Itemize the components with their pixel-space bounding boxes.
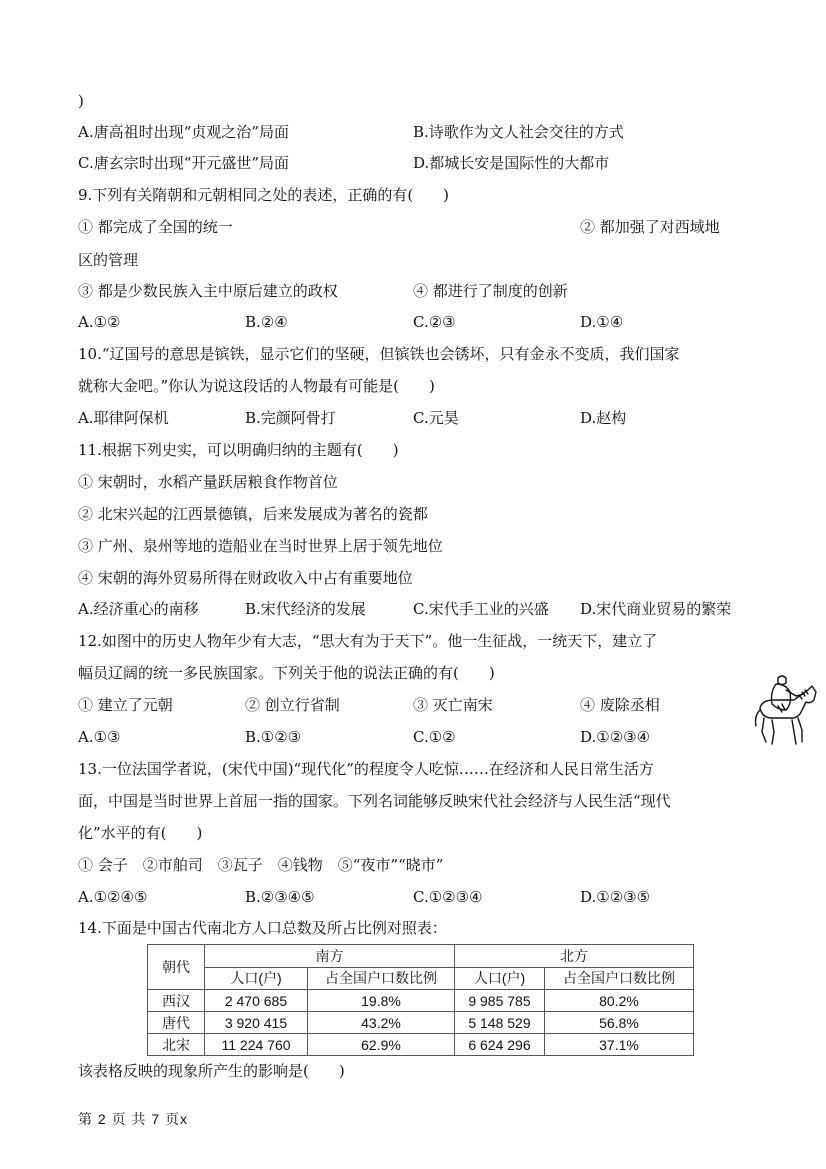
era-cell: 西汉 bbox=[148, 990, 205, 1012]
q9-option-a: A.①② bbox=[78, 312, 121, 332]
q13-stem-line2: 面，中国是当时世界上首屈一指的国家。下列名词能够反映宋代社会经济与人民生活“现代 bbox=[78, 791, 671, 811]
q12-item-4: ④ 废除丞相 bbox=[580, 695, 660, 715]
north-pct-header: 占全国户口数比例 bbox=[545, 967, 694, 990]
q11-option-c: C.宋代手工业的兴盛 bbox=[413, 599, 549, 619]
q8-option-a: A.唐高祖时出现“贞观之治”局面 bbox=[78, 122, 289, 142]
q11-item-2: ② 北宋兴起的江西景德镇，后来发展成为著名的瓷都 bbox=[78, 504, 428, 524]
q9-item-2: ② 都加强了对西域地 bbox=[580, 217, 720, 237]
north-pop-cell: 5 148 529 bbox=[455, 1012, 545, 1034]
north-header: 北方 bbox=[455, 945, 694, 968]
south-pop-header: 人口(户) bbox=[205, 967, 308, 990]
q11-item-1: ① 宋朝时，水稻产量跃居粮食作物首位 bbox=[78, 472, 338, 492]
q12-option-b: B.①②③ bbox=[245, 727, 301, 747]
north-pct-cell: 56.8% bbox=[545, 1012, 694, 1034]
north-pop-cell: 6 624 296 bbox=[455, 1034, 545, 1056]
south-pop-cell: 2 470 685 bbox=[205, 990, 308, 1012]
q9-stem: 9.下列有关隋朝和元朝相同之处的表述，正确的有( ) bbox=[78, 185, 449, 205]
table-row: 西汉 2 470 685 19.8% 9 985 785 80.2% bbox=[148, 990, 694, 1012]
north-pop-header: 人口(户) bbox=[455, 967, 545, 990]
south-pct-cell: 19.8% bbox=[308, 990, 455, 1012]
q12-item-2: ② 创立行省制 bbox=[245, 695, 340, 715]
q11-stem: 11.根据下列史实，可以明确归纳的主题有( ) bbox=[78, 440, 399, 460]
era-header: 朝代 bbox=[148, 945, 205, 990]
q11-option-b: B.宋代经济的发展 bbox=[245, 599, 366, 619]
south-pop-cell: 11 224 760 bbox=[205, 1034, 308, 1056]
q13-stem-line1: 13.一位法国学者说，(宋代中国)“现代化”的程度令人吃惊……在经济和人民日常生… bbox=[78, 759, 654, 779]
q12-option-a: A.①③ bbox=[78, 727, 121, 747]
q8-option-d: D.都城长安是国际性的大都市 bbox=[413, 153, 609, 173]
q9-item-2-cont: 区的管理 bbox=[78, 250, 138, 270]
q10-stem-line1: 10.“辽国号的意思是镔铁，显示它们的坚硬，但镔铁也会锈坏，只有金永不变质，我们… bbox=[78, 344, 680, 364]
south-pct-cell: 43.2% bbox=[308, 1012, 455, 1034]
q13-option-b: B.②③④⑤ bbox=[245, 887, 315, 907]
north-pct-cell: 80.2% bbox=[545, 990, 694, 1012]
north-pop-cell: 9 985 785 bbox=[455, 990, 545, 1012]
q13-stem-line3: 化”水平的有( ) bbox=[78, 823, 202, 843]
q12-option-c: C.①② bbox=[413, 727, 456, 747]
north-pct-cell: 37.1% bbox=[545, 1034, 694, 1056]
south-header: 南方 bbox=[205, 945, 455, 968]
q10-option-b: B.完颜阿骨打 bbox=[245, 408, 336, 428]
era-cell: 北宋 bbox=[148, 1034, 205, 1056]
south-pct-cell: 62.9% bbox=[308, 1034, 455, 1056]
q10-option-d: D.赵构 bbox=[580, 408, 626, 428]
q12-item-3: ③ 灭亡南宋 bbox=[413, 695, 493, 715]
table-header-row: 朝代 南方 北方 bbox=[148, 945, 694, 968]
q9-option-d: D.①④ bbox=[580, 312, 623, 332]
q12-item-1: ① 建立了元朝 bbox=[78, 695, 173, 715]
q13-option-a: A.①②④⑤ bbox=[78, 887, 147, 907]
q10-option-a: A.耶律阿保机 bbox=[78, 408, 169, 428]
south-pct-header: 占全国户口数比例 bbox=[308, 967, 455, 990]
q14-followup: 该表格反映的现象所产生的影响是( ) bbox=[78, 1061, 345, 1081]
population-table: 朝代 南方 北方 人口(户) 占全国户口数比例 人口(户) 占全国户口数比例 西… bbox=[147, 944, 694, 1056]
table-row: 唐代 3 920 415 43.2% 5 148 529 56.8% bbox=[148, 1012, 694, 1034]
table-subheader-row: 人口(户) 占全国户口数比例 人口(户) 占全国户口数比例 bbox=[148, 967, 694, 990]
q10-stem-line2: 就称大金吧。”你认为说这段话的人物最有可能是( ) bbox=[78, 376, 435, 396]
q13-items: ① 会子 ②市舶司 ③瓦子 ④钱物 ⑤“夜市”“晓市” bbox=[78, 855, 443, 875]
q13-option-c: C.①②③④ bbox=[413, 887, 483, 907]
q12-stem-line1: 12.如图中的历史人物年少有大志，“思大有为于天下”。他一生征战，一统天下，建立… bbox=[78, 631, 657, 651]
q11-option-a: A.经济重心的南移 bbox=[78, 599, 199, 619]
q8-option-c: C.唐玄宗时出现“开元盛世”局面 bbox=[78, 153, 289, 173]
q11-item-4: ④ 宋朝的海外贸易所得在财政收入中占有重要地位 bbox=[78, 568, 413, 588]
q9-option-b: B.②④ bbox=[245, 312, 288, 332]
q8-option-b: B.诗歌作为文人社会交往的方式 bbox=[413, 122, 624, 142]
q9-item-3: ③ 都是少数民族入主中原后建立的政权 bbox=[78, 281, 338, 301]
q14-stem: 14.下面是中国古代南北方人口总数及所占比例对照表： bbox=[78, 918, 447, 938]
q13-option-d: D.①②③⑤ bbox=[580, 887, 650, 907]
horse-rider-illustration bbox=[752, 670, 822, 748]
q12-stem-line2: 幅员辽阔的统一多民族国家。下列关于他的说法正确的有( ) bbox=[78, 663, 495, 683]
era-cell: 唐代 bbox=[148, 1012, 205, 1034]
q12-option-d: D.①②③④ bbox=[580, 727, 650, 747]
table-row: 北宋 11 224 760 62.9% 6 624 296 37.1% bbox=[148, 1034, 694, 1056]
q10-option-c: C.元昊 bbox=[413, 408, 459, 428]
q11-option-d: D.宋代商业贸易的繁荣 bbox=[580, 599, 731, 619]
q9-option-c: C.②③ bbox=[413, 312, 456, 332]
q9-item-4: ④ 都进行了制度的创新 bbox=[413, 281, 568, 301]
q11-item-3: ③ 广州、泉州等地的造船业在当时世界上居于领先地位 bbox=[78, 536, 443, 556]
leading-bracket: ) bbox=[78, 91, 84, 111]
q9-item-1: ① 都完成了全国的统一 bbox=[78, 217, 233, 237]
page-footer: 第 2 页 共 7 页x bbox=[78, 1109, 188, 1129]
south-pop-cell: 3 920 415 bbox=[205, 1012, 308, 1034]
